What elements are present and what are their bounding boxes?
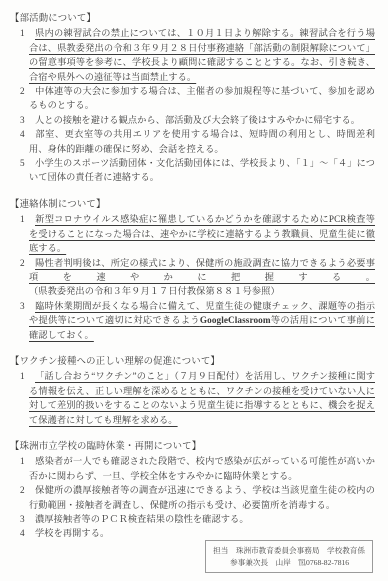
item-number: 3 [20,113,35,127]
section-1: 【部活動について】1県内の練習試合の禁止については、１０月１日より解除する。練習… [10,12,375,185]
item-text: 保健所の濃厚接触者等の調査が迅速にできるよう、学校は当該児童生徒の校内の行動範囲… [29,485,375,509]
list-item: 2陽性者判明後は、所定の様式により、保健所の施設調査に協力できるよう必要事項を速… [20,256,375,299]
list-item: 1感染者が一人でも確認された段階で、校内で感染が広がっている可能性が高いか否かに… [20,454,375,483]
list-item: 1新型コロナウイルス感染症に罹患しているかどうかを確認するためにPCR検査等を受… [20,212,375,255]
item-text: 新型コロナウイルス感染症に罹患しているかどうかを確認するためにPCR検査等を受け… [29,214,375,253]
section-title: 【ワクチン接種への正しい理解の促進について】 [10,355,375,369]
section-4: 【珠洲市立学校の臨時休業・再開について】1感染者が一人でも確認された段階で、校内… [10,440,375,541]
list-item: 1「話し合おう“ワクチン”のこと」（７月９日配付）を活用し、ワクチン接種に関する… [20,369,375,427]
contact-person-phone: 参事兼次長 山岸 ℡0768-82-7816 [213,557,365,569]
contact-department: 担当 珠洲市教育委員会事務局 学校教育係 [213,545,365,557]
item-text: 「話し合おう“ワクチン”のこと」（７月９日配付）を活用し、ワクチン接種に関する情… [29,371,375,424]
item-number: 3 [20,512,35,526]
item-number: 1 [20,369,35,383]
item-number: 5 [20,156,35,170]
item-number: 1 [20,212,35,226]
item-text: 感染者が一人でも確認された段階で、校内で感染が広がっている可能性が高いか否かに関… [29,456,375,480]
list-item: 1県内の練習試合の禁止については、１０月１日より解除する。練習試合を行う場合は、… [20,26,375,84]
section-title: 【連絡体制について】 [10,198,375,212]
section-2: 【連絡体制について】1新型コロナウイルス感染症に罹患しているかどうかを確認するた… [10,198,375,342]
item-text: 濃厚接触者等のＰＣＲ検査結果の陰性を確認する。 [35,514,249,524]
section-title: 【部活動について】 [10,12,375,26]
list-item: 3臨時休業期間が長くなる場合に備えて、児童生徒の健康チェック、課題等の指示や提供… [20,299,375,342]
list-item: 2中体連等の大会に参加する場合は、主催者の参加規程等に基づいて、参加を認めるもの… [20,84,375,113]
item-text: 中体連等の大会に参加する場合は、主催者の参加規程等に基づいて、参加を認めるものと… [29,86,375,110]
list-item: 4学校を再開する。 [20,526,375,540]
item-number: 2 [20,84,35,98]
list-item: 4部室、更衣室等の共用エリアを使用する場合は、短時間の利用とし、時間差利用、身体… [20,127,375,156]
list-item: 2保健所の濃厚接触者等の調査が迅速にできるよう、学校は当該児童生徒の校内の行動範… [20,483,375,512]
document-body: 【部活動について】1県内の練習試合の禁止については、１０月１日より解除する。練習… [10,12,375,541]
item-number: 1 [20,26,35,40]
item-number: 3 [20,299,35,313]
item-number: 4 [20,127,35,141]
item-text: 部室、更衣室等の共用エリアを使用する場合は、短時間の利用とし、時間差利用、身体的… [29,129,375,153]
document-page: 【部活動について】1県内の練習試合の禁止については、１０月１日より解除する。練習… [0,0,388,581]
contact-info-box: 担当 珠洲市教育委員会事務局 学校教育係 参事兼次長 山岸 ℡0768-82-7… [205,540,373,573]
item-text: GoogleClassroom [200,315,271,325]
list-item: 3濃厚接触者等のＰＣＲ検査結果の陰性を確認する。 [20,512,375,526]
list-item: 5小学生のスポーツ活動団体・文化活動団体には、学校長より、「１」～「４」について… [20,156,375,185]
item-number: 2 [20,256,35,270]
item-number: 1 [20,454,35,468]
item-text: 人との接触を避ける観点から、部活動及び大会終了後はすみやかに帰宅する。 [35,115,360,125]
item-text: 学校を再開する。 [35,528,109,538]
item-number: 4 [20,526,35,540]
item-text: 県内の練習試合の禁止については、１０月１日より解除する。練習試合を行う場合は、県… [29,28,375,81]
section-title: 【珠洲市立学校の臨時休業・再開について】 [10,440,375,454]
item-text: 陽性者判明後は、所定の様式により、保健所の施設調査に協力できるよう必要事項を速や… [29,258,375,282]
list-item: 3人との接触を避ける観点から、部活動及び大会終了後はすみやかに帰宅する。 [20,113,375,127]
item-text: （県教委発出の令和３年９月１７日付教保第８８１号参照） [29,286,280,296]
item-number: 2 [20,483,35,497]
section-3: 【ワクチン接種への正しい理解の促進について】1「話し合おう“ワクチン”のこと」（… [10,355,375,427]
item-text: 小学生のスポーツ活動団体・文化活動団体には、学校長より、「１」～「４」について団… [29,158,375,182]
